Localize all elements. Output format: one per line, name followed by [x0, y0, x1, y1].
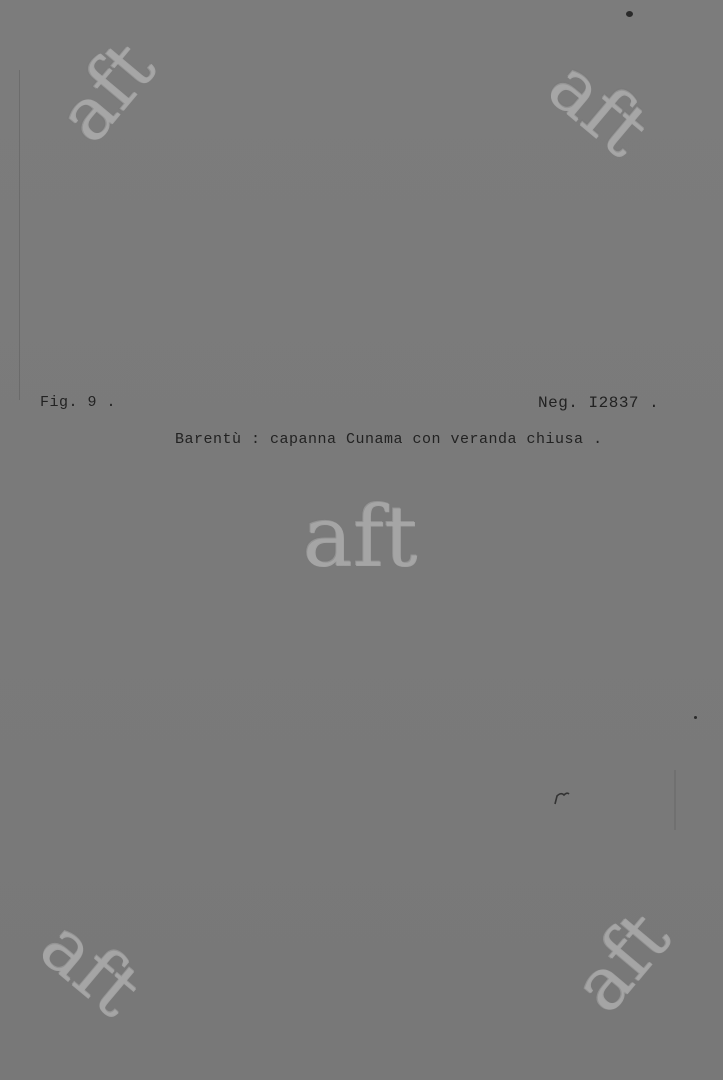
watermark-bottom-left: aft	[28, 906, 153, 1028]
watermark-bottom-right: aft	[560, 899, 682, 1024]
card-edge-line	[19, 70, 20, 400]
figure-label: Fig. 9 .	[40, 394, 116, 411]
watermark-center: aft	[302, 494, 417, 578]
ink-speck	[694, 716, 697, 719]
watermark-top-left: aft	[45, 29, 167, 154]
ink-mark	[553, 790, 573, 806]
ink-speck	[626, 11, 633, 17]
watermark-top-right: aft	[536, 46, 661, 168]
card-smudge	[674, 770, 676, 830]
photo-caption: Barentù : capanna Cunama con veranda chi…	[175, 431, 603, 448]
archive-card: aft aft aft aft aft Fig. 9 . Neg. I2837 …	[0, 0, 723, 1080]
negative-number: Neg. I2837 .	[538, 394, 659, 412]
